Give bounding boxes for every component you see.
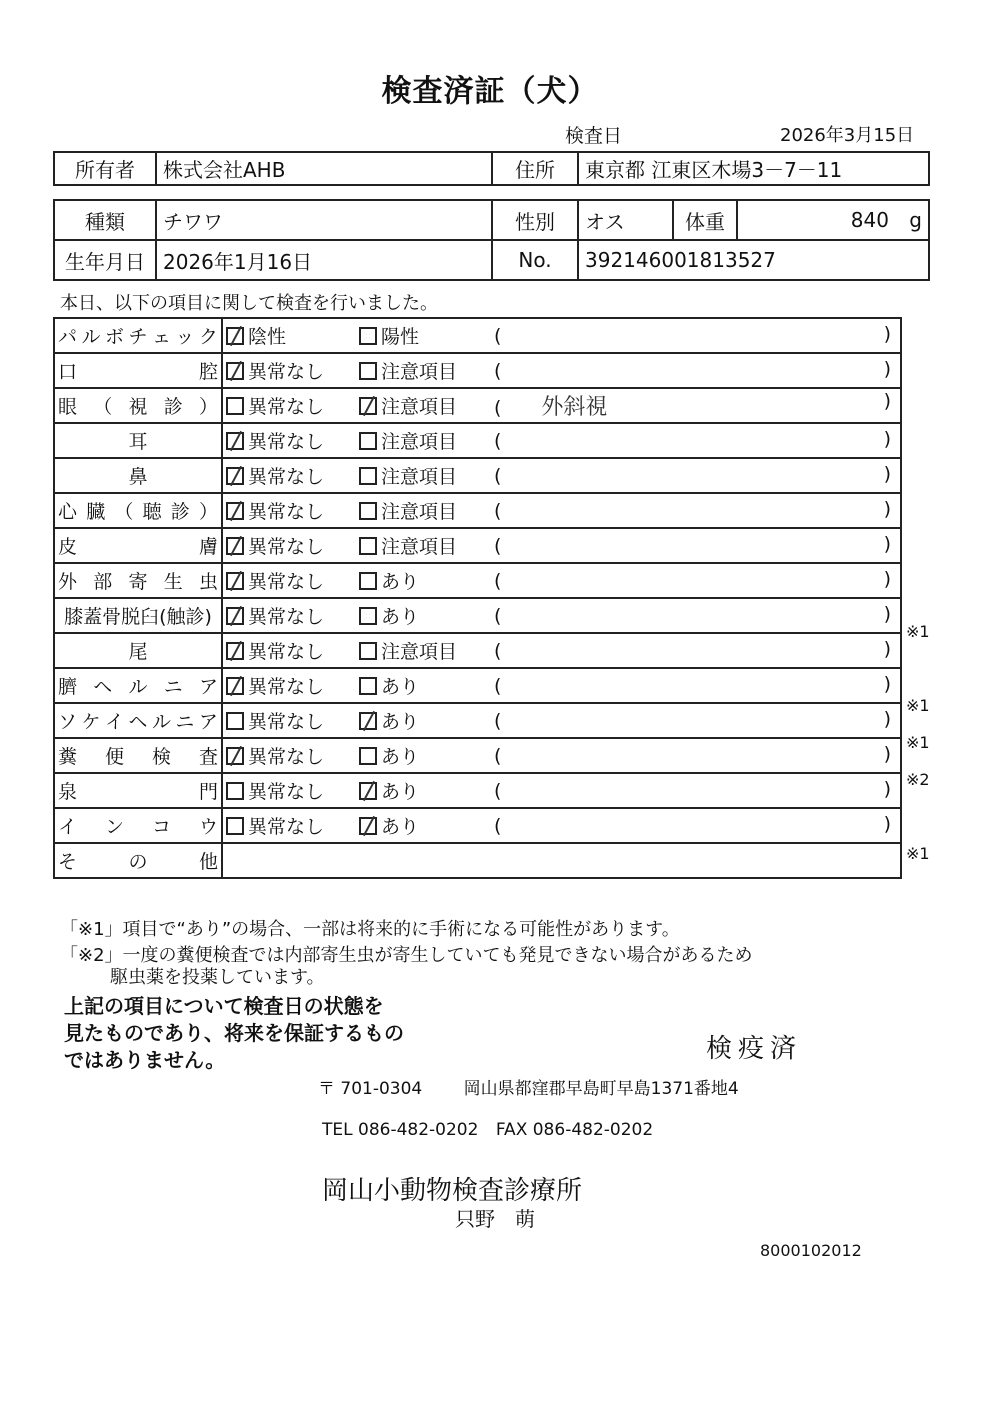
- checklist-row: その他: [54, 843, 901, 878]
- option-normal[interactable]: 陰性: [226, 322, 359, 349]
- option-label: 注意項目: [381, 392, 457, 419]
- option-normal[interactable]: 異常なし: [226, 707, 359, 734]
- label-char: （: [93, 392, 112, 419]
- label-char: 腔: [199, 357, 218, 384]
- checkbox-icon[interactable]: [359, 327, 377, 345]
- remarks-field[interactable]: (): [494, 708, 897, 733]
- label-char: ル: [128, 672, 147, 699]
- label-char: イ: [58, 812, 77, 839]
- address-value: 東京都 江東区木場3－7－11: [578, 152, 929, 185]
- checklist-row: 膝蓋骨脱臼(触診)異常なしあり(): [54, 598, 901, 633]
- close-paren: ): [884, 498, 891, 523]
- checklist-result: [222, 843, 901, 878]
- option-abnormal[interactable]: あり: [359, 707, 494, 734]
- checklist-row: インコウ異常なしあり(): [54, 808, 901, 843]
- close-paren: ): [884, 603, 891, 628]
- option-normal[interactable]: 異常なし: [226, 777, 359, 804]
- birth-label: 生年月日: [54, 240, 156, 280]
- checklist-item-label: 糞便検査: [54, 738, 222, 773]
- label-char: ニ: [164, 672, 183, 699]
- remarks-field[interactable]: (): [494, 323, 897, 348]
- checklist-row: 尾異常なし注意項目(): [54, 633, 901, 668]
- option-normal[interactable]: 異常なし: [226, 812, 359, 839]
- weight-value-cell: 840 g: [737, 200, 929, 240]
- quarantine-stamp: 検疫済: [706, 1028, 802, 1065]
- label-char: 査: [199, 742, 218, 769]
- checked-box-icon[interactable]: [226, 362, 244, 380]
- checked-box-icon[interactable]: [226, 607, 244, 625]
- label-char: ア: [199, 672, 218, 699]
- close-paren: ): [884, 638, 891, 663]
- remarks-field[interactable]: (外斜視): [494, 390, 897, 421]
- checklist-result: 異常なしあり(): [222, 598, 901, 633]
- weight-unit: g: [909, 208, 922, 232]
- document-title: 検査済証（犬）: [0, 66, 980, 110]
- checkbox-icon[interactable]: [359, 432, 377, 450]
- checked-box-icon[interactable]: [226, 327, 244, 345]
- footnote-mark: ※2: [906, 770, 930, 789]
- checklist-row: 眼（視診）異常なし注意項目(外斜視): [54, 388, 901, 423]
- option-label: 注意項目: [381, 427, 457, 454]
- checklist-item-label: 皮膚: [54, 528, 222, 563]
- close-paren: ): [884, 778, 891, 803]
- option-label: あり: [381, 812, 419, 839]
- checkbox-icon[interactable]: [359, 467, 377, 485]
- option-label: 異常なし: [248, 497, 324, 524]
- option-abnormal[interactable]: 注意項目: [359, 427, 494, 454]
- option-label: 異常なし: [248, 672, 324, 699]
- option-label: あり: [381, 672, 419, 699]
- label-char: チ: [128, 322, 147, 349]
- close-paren: ): [884, 708, 891, 733]
- label-char: ）: [199, 497, 218, 524]
- label-char: ニ: [175, 707, 194, 734]
- label-char: ボ: [105, 322, 124, 349]
- disclaimer-line: ではありません。: [64, 1047, 404, 1074]
- checklist-item-label: インコウ: [54, 808, 222, 843]
- checklist-row: 皮膚異常なし注意項目(): [54, 528, 901, 563]
- option-abnormal[interactable]: 注意項目: [359, 637, 494, 664]
- open-paren: (: [494, 780, 501, 802]
- checklist-item-label: ソケイヘルニア: [54, 703, 222, 738]
- label-char: 耳: [128, 427, 147, 454]
- footnote-mark: ※1: [906, 696, 930, 715]
- checked-box-icon[interactable]: [226, 677, 244, 695]
- label-char: 聴: [143, 497, 162, 524]
- checklist-result: 異常なしあり(): [222, 703, 901, 738]
- label-char: 視: [128, 392, 147, 419]
- option-label: あり: [381, 777, 419, 804]
- checklist-result: 異常なしあり(): [222, 808, 901, 843]
- option-normal[interactable]: 異常なし: [226, 462, 359, 489]
- remarks-field[interactable]: (): [494, 498, 897, 523]
- label-char: ク: [199, 322, 218, 349]
- close-paren: ): [884, 813, 891, 838]
- close-paren: ): [884, 673, 891, 698]
- sex-label: 性別: [492, 200, 578, 240]
- checklist-item-label: 外部寄生虫: [54, 563, 222, 598]
- label-char: ケ: [81, 707, 100, 734]
- option-abnormal[interactable]: 注意項目: [359, 392, 494, 419]
- option-abnormal[interactable]: 注意項目: [359, 497, 494, 524]
- checklist-item-label: 眼（視診）: [54, 388, 222, 423]
- checklist-result: 異常なし注意項目(): [222, 528, 901, 563]
- label-char: そ: [58, 847, 77, 874]
- label-char: 泉: [58, 777, 77, 804]
- remarks-field[interactable]: (): [494, 533, 897, 558]
- remarks-field[interactable]: (): [494, 603, 897, 628]
- clinic-fax: FAX 086-482-0202: [496, 1120, 653, 1140]
- checklist-item-label: パルボチェック: [54, 318, 222, 353]
- label-char: ッ: [175, 322, 194, 349]
- label-char: ）: [199, 392, 218, 419]
- option-label: 陰性: [248, 322, 286, 349]
- checkbox-icon[interactable]: [226, 817, 244, 835]
- close-paren: ): [884, 463, 891, 488]
- species-label: 種類: [54, 200, 156, 240]
- option-abnormal[interactable]: あり: [359, 742, 494, 769]
- address-label: 住所: [492, 152, 578, 185]
- open-paren: (: [494, 360, 501, 382]
- option-abnormal[interactable]: 陽性: [359, 322, 494, 349]
- option-normal[interactable]: 異常なし: [226, 497, 359, 524]
- label-char: 尾: [128, 637, 147, 664]
- label-char: 皮: [58, 532, 77, 559]
- remarks-field[interactable]: (): [494, 813, 897, 838]
- clinic-tel: TEL 086-482-0202: [322, 1120, 478, 1140]
- remarks-text: 外斜視: [541, 395, 607, 420]
- remarks-field[interactable]: (): [494, 358, 897, 383]
- option-abnormal[interactable]: 注意項目: [359, 532, 494, 559]
- option-label: 注意項目: [381, 637, 457, 664]
- close-paren: ): [884, 568, 891, 593]
- owner-value: 株式会社AHB: [156, 152, 492, 185]
- option-abnormal[interactable]: あり: [359, 602, 494, 629]
- checkbox-icon[interactable]: [359, 572, 377, 590]
- checklist-table: パルボチェック陰性陽性()口腔異常なし注意項目()眼（視診）異常なし注意項目(外…: [53, 317, 902, 879]
- checklist-result: 異常なし注意項目(): [222, 423, 901, 458]
- checklist-item-label: 耳: [54, 423, 222, 458]
- checklist-result: 異常なしあり(): [222, 563, 901, 598]
- checked-box-icon[interactable]: [226, 502, 244, 520]
- remarks-field[interactable]: (): [494, 568, 897, 593]
- option-label: あり: [381, 742, 419, 769]
- option-abnormal[interactable]: 注意項目: [359, 462, 494, 489]
- checklist-result: 異常なしあり(): [222, 738, 901, 773]
- option-label: 異常なし: [248, 777, 324, 804]
- option-normal[interactable]: 異常なし: [226, 357, 359, 384]
- option-normal[interactable]: 異常なし: [226, 392, 359, 419]
- checklist-item-label: 心臓（聴診）: [54, 493, 222, 528]
- open-paren: (: [494, 500, 501, 522]
- option-label: 注意項目: [381, 497, 457, 524]
- option-label: 異常なし: [248, 427, 324, 454]
- checklist-result: 異常なし注意項目(): [222, 458, 901, 493]
- checklist-result: 異常なしあり(): [222, 668, 901, 703]
- option-label: 異常なし: [248, 462, 324, 489]
- checked-box-icon[interactable]: [226, 642, 244, 660]
- label-char: ア: [199, 707, 218, 734]
- option-normal[interactable]: 異常なし: [226, 427, 359, 454]
- open-paren: (: [494, 640, 501, 662]
- checklist-result: 異常なしあり(): [222, 773, 901, 808]
- checklist-row: 口腔異常なし注意項目(): [54, 353, 901, 388]
- remarks-field[interactable]: (): [494, 778, 897, 803]
- checkbox-icon[interactable]: [226, 782, 244, 800]
- footnote-1: 「※1」項目で“あり”の場合、一部は将来的に手術になる可能性があります。: [60, 915, 680, 941]
- open-paren: (: [494, 465, 501, 487]
- label-char: 寄: [128, 567, 147, 594]
- open-paren: (: [494, 745, 501, 767]
- checklist-result: 異常なし注意項目(外斜視): [222, 388, 901, 423]
- species-value: チワワ: [156, 200, 492, 240]
- close-paren: ): [884, 743, 891, 768]
- checklist-row: ソケイヘルニア異常なしあり(): [54, 703, 901, 738]
- owner-table: 所有者 株式会社AHB 住所 東京都 江東区木場3－7－11: [53, 151, 930, 186]
- label-char: 糞: [58, 742, 77, 769]
- checkbox-icon[interactable]: [359, 502, 377, 520]
- weight-value: 840: [851, 208, 889, 232]
- clinic-address: 〒 701-0304 岡山県都窪郡早島町早島1371番地4: [318, 1074, 739, 1099]
- no-label: No.: [492, 240, 578, 280]
- option-normal[interactable]: 異常なし: [226, 637, 359, 664]
- checklist-row: パルボチェック陰性陽性(): [54, 318, 901, 353]
- clinic-street: 岡山県都窪郡早島町早島1371番地4: [464, 1079, 739, 1099]
- clinic-contact: TEL 086-482-0202 FAX 086-482-0202: [322, 1120, 653, 1140]
- close-paren: ): [884, 428, 891, 453]
- option-label: 異常なし: [248, 602, 324, 629]
- option-normal[interactable]: 異常なし: [226, 567, 359, 594]
- open-paren: (: [494, 675, 501, 697]
- close-paren: ): [884, 358, 891, 383]
- label-char: ル: [81, 322, 100, 349]
- checklist-row: 糞便検査異常なしあり(): [54, 738, 901, 773]
- label-char: イ: [105, 707, 124, 734]
- birth-value: 2026年1月16日: [156, 240, 492, 280]
- checklist-result: 陰性陽性(): [222, 318, 901, 353]
- no-value: 392146001813527: [578, 240, 929, 280]
- label-char: 部: [93, 567, 112, 594]
- close-paren: ): [884, 390, 891, 421]
- checked-box-icon[interactable]: [359, 397, 377, 415]
- option-abnormal[interactable]: あり: [359, 812, 494, 839]
- checklist-item-label: 臍ヘルニア: [54, 668, 222, 703]
- label-char: 鼻: [128, 462, 147, 489]
- option-abnormal[interactable]: 注意項目: [359, 357, 494, 384]
- label-char: 臓: [86, 497, 105, 524]
- label-char: 膚: [199, 532, 218, 559]
- checklist-item-label: 鼻: [54, 458, 222, 493]
- option-abnormal[interactable]: あり: [359, 672, 494, 699]
- label-char: 門: [199, 777, 218, 804]
- label-char: 口: [58, 357, 77, 384]
- option-label: 注意項目: [381, 532, 457, 559]
- label-char: パ: [58, 322, 77, 349]
- label-char: 生: [164, 567, 183, 594]
- option-label: 異常なし: [248, 742, 324, 769]
- label-char: ェ: [152, 322, 171, 349]
- checklist-row: 鼻異常なし注意項目(): [54, 458, 901, 493]
- close-paren: ): [884, 533, 891, 558]
- option-label: 異常なし: [248, 532, 324, 559]
- disclaimer-line: 上記の項目について検査日の状態を: [64, 993, 404, 1020]
- option-label: 異常なし: [248, 357, 324, 384]
- label-char: ン: [105, 812, 124, 839]
- exam-date-value: 2026年3月15日: [780, 121, 914, 147]
- open-paren: (: [494, 430, 501, 452]
- option-label: 注意項目: [381, 462, 457, 489]
- option-label: 異常なし: [248, 567, 324, 594]
- option-label: あり: [381, 707, 419, 734]
- disclaimer-line: 見たものであり、将来を保証するもの: [64, 1020, 404, 1047]
- option-label: 異常なし: [248, 392, 324, 419]
- footnote-mark: ※1: [906, 844, 930, 863]
- checklist-item-label: 泉門: [54, 773, 222, 808]
- option-label: 異常なし: [248, 812, 324, 839]
- label-char: ソ: [58, 707, 77, 734]
- footnote-2-line2: 駆虫薬を投薬しています。: [110, 963, 325, 989]
- veterinarian-name: 只野 萌: [455, 1203, 535, 1232]
- checklist-item-label: 尾: [54, 633, 222, 668]
- weight-label: 体重: [673, 200, 737, 240]
- intro-text: 本日、以下の項目に関して検査を行いました。: [60, 289, 438, 315]
- option-label: 異常なし: [248, 637, 324, 664]
- option-normal[interactable]: 異常なし: [226, 742, 359, 769]
- open-paren: (: [494, 710, 501, 732]
- label-char: （: [114, 497, 133, 524]
- label-char: 膝蓋骨脱臼(触診): [64, 602, 212, 629]
- checklist-result: 異常なし注意項目(): [222, 353, 901, 388]
- label-char: 便: [105, 742, 124, 769]
- label-char: 心: [58, 497, 77, 524]
- postal-code: 〒 701-0304: [318, 1079, 422, 1099]
- remarks-field[interactable]: (): [494, 428, 897, 453]
- checked-box-icon[interactable]: [226, 747, 244, 765]
- option-normal[interactable]: 異常なし: [226, 672, 359, 699]
- checkbox-icon[interactable]: [359, 677, 377, 695]
- open-paren: (: [494, 535, 501, 557]
- checkbox-icon[interactable]: [359, 362, 377, 380]
- label-char: ヘ: [128, 707, 147, 734]
- exam-date-label: 検査日: [565, 121, 622, 148]
- open-paren: (: [494, 325, 501, 347]
- checklist-item-label: 口腔: [54, 353, 222, 388]
- option-normal[interactable]: 異常なし: [226, 602, 359, 629]
- checkbox-icon[interactable]: [359, 607, 377, 625]
- label-char: 虫: [199, 567, 218, 594]
- checklist-item-label: その他: [54, 843, 222, 878]
- option-label: 陽性: [381, 322, 419, 349]
- remarks-field[interactable]: (): [494, 673, 897, 698]
- checked-box-icon[interactable]: [359, 817, 377, 835]
- checked-box-icon[interactable]: [226, 572, 244, 590]
- checkbox-icon[interactable]: [359, 747, 377, 765]
- checkbox-icon[interactable]: [359, 642, 377, 660]
- document-code: 8000102012: [760, 1241, 862, 1260]
- checklist-result: 異常なし注意項目(): [222, 493, 901, 528]
- checked-box-icon[interactable]: [226, 537, 244, 555]
- label-char: 検: [152, 742, 171, 769]
- option-normal[interactable]: 異常なし: [226, 532, 359, 559]
- remarks-field[interactable]: (): [494, 743, 897, 768]
- label-char: 他: [199, 847, 218, 874]
- checklist-result: 異常なし注意項目(): [222, 633, 901, 668]
- label-char: 診: [171, 497, 190, 524]
- sex-value: オス: [578, 200, 673, 240]
- option-abnormal[interactable]: あり: [359, 777, 494, 804]
- option-label: あり: [381, 602, 419, 629]
- open-paren: (: [494, 815, 501, 837]
- label-char: ル: [152, 707, 171, 734]
- label-char: コ: [152, 812, 171, 839]
- option-label: 異常なし: [248, 707, 324, 734]
- open-paren: (: [494, 605, 501, 627]
- checklist-row: 耳異常なし注意項目(): [54, 423, 901, 458]
- checklist-row: 外部寄生虫異常なしあり(): [54, 563, 901, 598]
- checked-box-icon[interactable]: [359, 712, 377, 730]
- label-char: 臍: [58, 672, 77, 699]
- option-label: あり: [381, 567, 419, 594]
- label-char: ウ: [199, 812, 218, 839]
- checklist-row: 心臓（聴診）異常なし注意項目(): [54, 493, 901, 528]
- footnote-mark: ※1: [906, 622, 930, 641]
- checked-box-icon[interactable]: [226, 467, 244, 485]
- open-paren: (: [494, 397, 501, 419]
- animal-table: 種類 チワワ 性別 オス 体重 840 g 生年月日 2026年1月16日 No…: [53, 199, 930, 281]
- checkbox-icon[interactable]: [226, 712, 244, 730]
- label-char: ヘ: [93, 672, 112, 699]
- remarks-field[interactable]: (): [494, 638, 897, 663]
- label-char: の: [128, 847, 147, 874]
- checked-box-icon[interactable]: [226, 432, 244, 450]
- disclaimer: 上記の項目について検査日の状態を 見たものであり、将来を保証するもの ではありま…: [64, 993, 404, 1074]
- option-label: 注意項目: [381, 357, 457, 384]
- checked-box-icon[interactable]: [359, 782, 377, 800]
- owner-label: 所有者: [54, 152, 156, 185]
- checklist-item-label: 膝蓋骨脱臼(触診): [54, 598, 222, 633]
- open-paren: (: [494, 570, 501, 592]
- checkbox-icon[interactable]: [359, 537, 377, 555]
- checkbox-icon[interactable]: [226, 397, 244, 415]
- footnote-mark: ※1: [906, 733, 930, 752]
- label-char: 眼: [58, 392, 77, 419]
- clinic-name: 岡山小動物検査診療所: [322, 1170, 582, 1207]
- label-char: 外: [58, 567, 77, 594]
- checklist-row: 臍ヘルニア異常なしあり(): [54, 668, 901, 703]
- label-char: 診: [164, 392, 183, 419]
- remarks-field[interactable]: (): [494, 463, 897, 488]
- option-abnormal[interactable]: あり: [359, 567, 494, 594]
- checklist-row: 泉門異常なしあり(): [54, 773, 901, 808]
- close-paren: ): [884, 323, 891, 348]
